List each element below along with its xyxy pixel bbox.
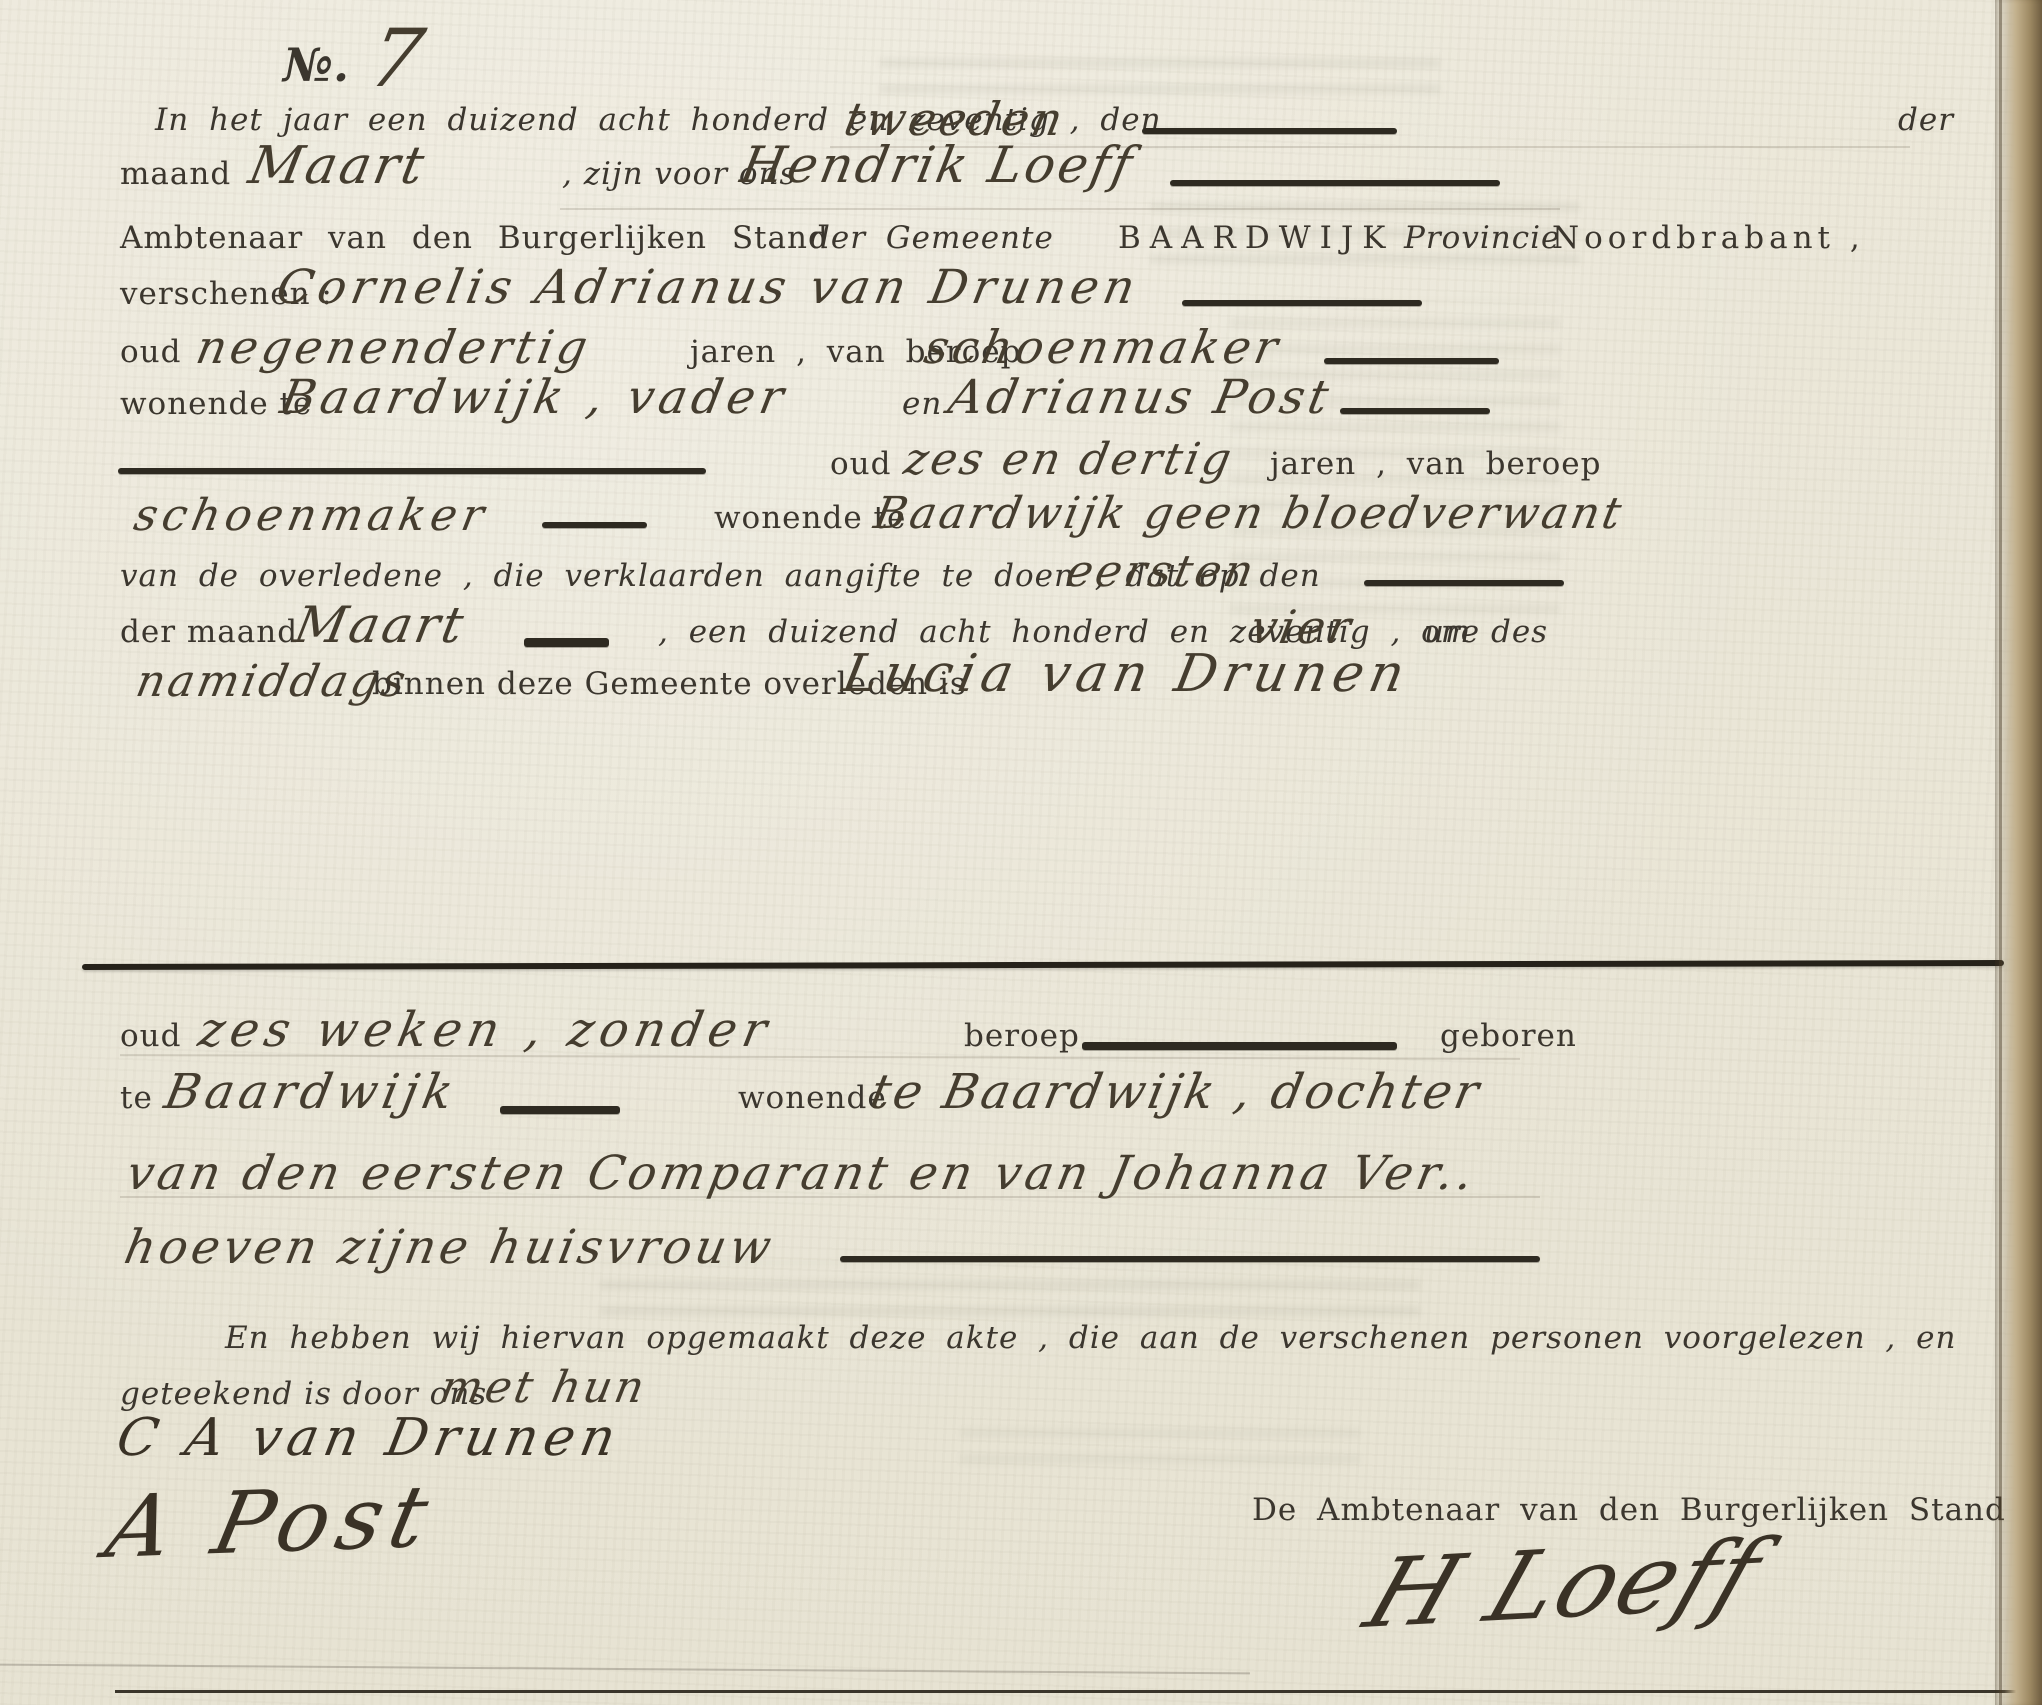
printed-en: en bbox=[902, 386, 942, 422]
signature-officer: H Loeff bbox=[1352, 1518, 1776, 1650]
fill-stroke bbox=[524, 638, 609, 647]
printed-oud: oud bbox=[120, 334, 181, 370]
fill-stroke bbox=[840, 1256, 1540, 1262]
line-closing1: En hebben wij hiervan opgemaakt deze akt… bbox=[0, 1320, 2042, 1380]
signature-declarant1: C A van Drunen bbox=[112, 1408, 626, 1468]
fill-stroke bbox=[118, 468, 706, 474]
handwritten-occupation1: schoenmaker bbox=[920, 320, 1286, 374]
printed-closing2: geteekend is door ons bbox=[120, 1376, 487, 1412]
signature-declarant1-row: C A van Drunen bbox=[0, 1408, 2042, 1478]
handwritten-residence1: Baardwijk , vader bbox=[276, 370, 793, 425]
handwritten-deceased-age: zes weken , zonder bbox=[194, 1002, 777, 1058]
printed-der-gemeente: der Gemeente bbox=[810, 220, 1054, 256]
printed-wonende: wonende bbox=[738, 1080, 887, 1116]
line-parents: van den eersten Comparant en van Johanna… bbox=[0, 1152, 2042, 1212]
fill-stroke bbox=[1170, 180, 1500, 186]
line-birthplace-residence: te Baardwijk wonende te Baardwijk , doch… bbox=[0, 1080, 2042, 1140]
handdrawn-separator-rule bbox=[82, 960, 2004, 970]
line-month-officer: maand Maart , zijn voor ons Hendrik Loef… bbox=[0, 156, 2042, 216]
handwritten-parents: van den eersten Comparant en van Johanna… bbox=[122, 1146, 1482, 1201]
handwritten-deceased-name: Lucia van Drunen bbox=[838, 644, 1415, 704]
handwritten-daypart: namiddags bbox=[132, 656, 413, 707]
signature-officer-row: H Loeff bbox=[0, 1538, 2042, 1668]
printed-geboren: geboren bbox=[1440, 1018, 1577, 1054]
handwritten-officer-name: Hendrik Loeff bbox=[736, 136, 1140, 194]
printed-jaren-beroep2: jaren , van beroep bbox=[1270, 446, 1601, 482]
officer-title: De Ambtenaar van den Burgerlijken Stand … bbox=[1252, 1492, 2037, 1528]
handwritten-age2: zes en dertig bbox=[900, 434, 1238, 485]
handwritten-declarant1-name: Cornelis Adrianus van Drunen bbox=[272, 260, 1144, 315]
fill-stroke bbox=[542, 522, 647, 528]
printed-ambtenaar: Ambtenaar van den Burgerlijken Stand bbox=[120, 220, 829, 256]
handwritten-mother-continued: hoeven zijne huisvrouw bbox=[120, 1220, 780, 1275]
fill-stroke bbox=[1364, 580, 1564, 586]
book-binding-line bbox=[1999, 0, 2002, 1705]
handwritten-death-month: Maart bbox=[290, 596, 471, 654]
printed-ure-des: ure des bbox=[1424, 614, 1548, 650]
handwritten-month: Maart bbox=[244, 136, 432, 196]
printed-der: der bbox=[1898, 102, 1954, 138]
fill-stroke bbox=[1324, 358, 1499, 364]
line-deceased-name: namiddags binnen deze Gemeente overleden… bbox=[0, 666, 2042, 726]
handwritten-declarant2-name: Adrianus Post bbox=[944, 370, 1337, 425]
printed-oud2: oud bbox=[830, 446, 891, 482]
printed-der-maand: der maand bbox=[120, 614, 298, 650]
act-number-row: №. 7 bbox=[0, 38, 2042, 98]
printed-provincie: Provincie bbox=[1404, 220, 1560, 256]
printed-oud3: oud bbox=[120, 1018, 181, 1054]
handwritten-deceased-residence: te Baardwijk , dochter bbox=[866, 1064, 1486, 1120]
printed-maand: maand bbox=[120, 156, 231, 192]
handwritten-residence2: Baardwijk geen bloedverwant bbox=[870, 488, 1628, 539]
fill-stroke bbox=[1142, 128, 1397, 134]
handwritten-death-day: eersten bbox=[1062, 546, 1261, 597]
municipality-name: BAARDWIJK bbox=[1118, 220, 1394, 256]
act-number-value: 7 bbox=[362, 12, 434, 105]
province-name: Noordbrabant , bbox=[1552, 220, 1865, 256]
handwritten-age1: negenendertig bbox=[192, 320, 596, 374]
handwritten-met-hun: met hun bbox=[436, 1362, 651, 1413]
line-occupation2-residence2: schoenmaker wonende te Baardwijk geen bl… bbox=[0, 500, 2042, 560]
page-bottom-line bbox=[115, 1690, 2042, 1693]
fill-stroke bbox=[1082, 1042, 1397, 1050]
act-number-label: №. bbox=[283, 38, 349, 92]
printed-beroep: beroep bbox=[964, 1018, 1080, 1054]
printed-closing1: En hebben wij hiervan opgemaakt deze akt… bbox=[225, 1320, 1956, 1356]
line-mother-continued: hoeven zijne huisvrouw bbox=[0, 1226, 2042, 1286]
death-certificate-page: №. 7 In het jaar een duizend acht honder… bbox=[0, 0, 2042, 1705]
fill-stroke bbox=[1340, 408, 1490, 414]
fill-stroke bbox=[1182, 300, 1422, 306]
printed-te: te bbox=[120, 1080, 153, 1116]
book-binding-edge bbox=[1995, 0, 2042, 1705]
handwritten-birthplace: Baardwijk bbox=[160, 1064, 462, 1120]
fill-stroke bbox=[500, 1106, 620, 1114]
handwritten-occupation2: schoenmaker bbox=[130, 490, 493, 541]
